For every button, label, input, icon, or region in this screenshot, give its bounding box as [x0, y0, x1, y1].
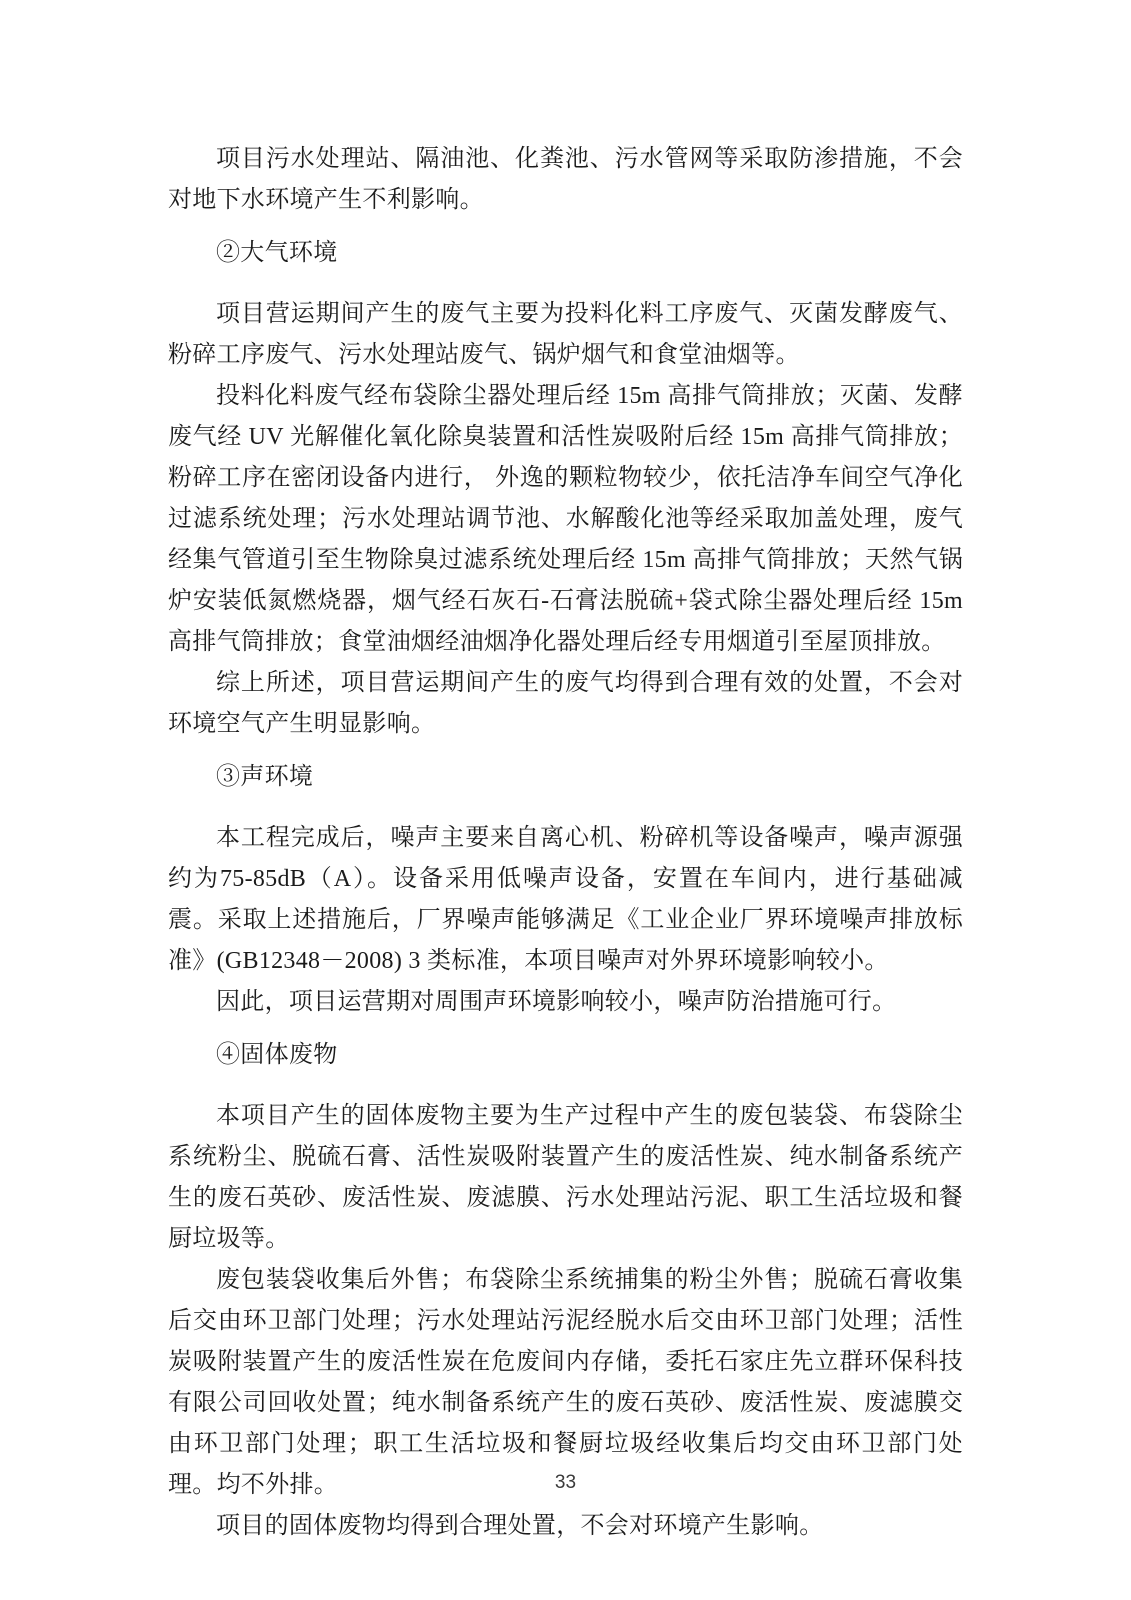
heading-solid-waste: ④固体废物	[168, 1035, 963, 1076]
paragraph-waste-gas-treatment: 投料化料废气经布袋除尘器处理后经 15m 高排气筒排放；灭菌、发酵废气经 UV …	[168, 376, 963, 663]
paragraph-noise-sources: 本工程完成后，噪声主要来自离心机、粉碎机等设备噪声，噪声源强约为75-85dB（…	[168, 818, 963, 982]
paragraph-waste-gas-sources: 项目营运期间产生的废气主要为投料化料工序废气、灭菌发酵废气、粉碎工序废气、污水处…	[168, 294, 963, 376]
paragraph-noise-conclusion: 因此，项目运营期对周围声环境影响较小，噪声防治措施可行。	[168, 982, 963, 1023]
heading-acoustic-environment: ③声环境	[168, 757, 963, 798]
document-page: 项目污水处理站、隔油池、化粪池、污水管网等采取防渗措施，不会对地下水环境产生不利…	[0, 0, 1131, 1600]
document-text-area: 项目污水处理站、隔油池、化粪池、污水管网等采取防渗措施，不会对地下水环境产生不利…	[168, 139, 963, 1547]
paragraph-solid-waste-conclusion: 项目的固体废物均得到合理处置，不会对环境产生影响。	[168, 1506, 963, 1547]
paragraph-waste-gas-conclusion: 综上所述，项目营运期间产生的废气均得到合理有效的处置，不会对环境空气产生明显影响…	[168, 663, 963, 745]
paragraph-solid-waste-types: 本项目产生的固体废物主要为生产过程中产生的废包装袋、布袋除尘系统粉尘、脱硫石膏、…	[168, 1096, 963, 1260]
paragraph-solid-waste-disposal: 废包装袋收集后外售；布袋除尘系统捕集的粉尘外售；脱硫石膏收集后交由环卫部门处理；…	[168, 1260, 963, 1506]
heading-air-environment: ②大气环境	[168, 233, 963, 274]
paragraph-groundwater-seepage: 项目污水处理站、隔油池、化粪池、污水管网等采取防渗措施，不会对地下水环境产生不利…	[168, 139, 963, 221]
page-number: 33	[0, 1472, 1131, 1494]
